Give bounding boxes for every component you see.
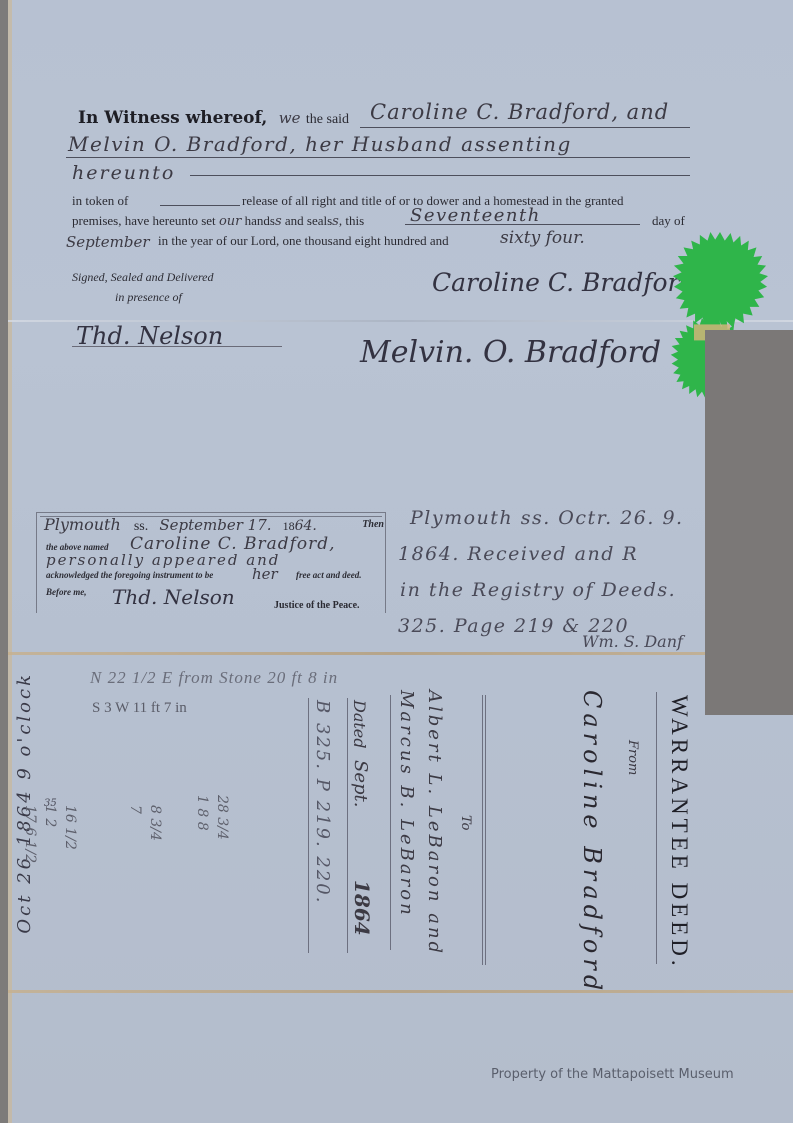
calc-value: 16 1/2 (60, 805, 80, 863)
pencil-calc-c: 28 3/4 1 8 8 (192, 795, 232, 840)
docket-title: WARRANTEE DEED. (666, 695, 692, 970)
docket-rule (482, 695, 483, 965)
docket-from-label: From (625, 740, 640, 775)
witness-the-said: the said (306, 112, 349, 127)
day-hand: Seventeenth (410, 205, 541, 226)
year-prefix: in the year of our Lord, one thousand ei… (158, 233, 449, 249)
presence-label: in presence of (115, 290, 182, 305)
day-of: day of (652, 213, 685, 229)
ack-before-me: Before me, (46, 587, 87, 597)
calc-value: 1 8 8 (192, 795, 212, 840)
ack-year: 64. (295, 518, 317, 534)
registry-line-1: Plymouth ss. Octr. 26. 9. (410, 500, 684, 536)
docket-to-label: To (458, 815, 473, 831)
ack-county: Plymouth (44, 515, 121, 534)
docket-to-line-1: Albert L. LeBaron and (424, 690, 445, 956)
ack-acknowledged: acknowledged the foregoing instrument to… (46, 570, 213, 580)
token-prefix: in token of (72, 193, 128, 209)
docket-rule (347, 698, 348, 953)
signature-line (72, 346, 282, 347)
fill-line (405, 224, 640, 225)
fill-line (160, 205, 240, 206)
fill-line (360, 127, 690, 128)
premises-hands-s: s (275, 214, 282, 229)
grantor-line-2: Melvin O. Bradford, her Husband assentin… (68, 132, 572, 156)
pencil-calc-a: 16 1/2 1 2 17 6 1/2 (20, 805, 80, 863)
fill-line (66, 157, 690, 158)
ack-ss: ss. (134, 519, 148, 534)
fill-line (190, 175, 690, 176)
premises-our: our (219, 214, 241, 229)
witness-pronoun: we (279, 109, 301, 127)
pencil-calc-b: 8 3/4 7 (125, 805, 165, 841)
ack-then: Then (362, 519, 384, 530)
registry-line-3: in the Registry of Deeds. (400, 572, 684, 608)
docket-rule (485, 695, 486, 965)
premises-seals-s: s (332, 214, 339, 229)
ack-year-prefix: 18 (283, 519, 295, 533)
grantor-signature-2: Melvin. O. Bradford (360, 335, 661, 370)
green-seal-icon (672, 232, 768, 328)
fold-line (8, 652, 793, 655)
premises-prefix: premises, have hereunto set (72, 213, 216, 228)
calc-value: 8 3/4 (145, 805, 165, 841)
calc-value: 28 3/4 (212, 795, 232, 840)
signed-label: Signed, Sealed and Delivered (72, 270, 214, 285)
ack-date: September 17. (159, 516, 271, 534)
pencil-note-2: S 3 W 11 ft 7 in (92, 700, 187, 717)
calc-value: 17 6 1/2 (20, 805, 40, 863)
pencil-note-1: N 22 1/2 E from Stone 20 ft 8 in (90, 668, 338, 688)
margin-note: Oct 26 1864 9 o'clock (14, 672, 35, 934)
registry-line-2: 1864. Received and R (398, 536, 684, 572)
registry-signer: Wm. S. Danf (582, 632, 683, 651)
fold-line (8, 990, 793, 993)
grantor-line-3: hereunto (72, 162, 175, 184)
margin-note-text: Oct 26 1864 9 o'clock (14, 672, 35, 934)
grantor-line-1: Caroline C. Bradford, and (370, 100, 669, 124)
ack-appeared: personally appeared and (46, 551, 280, 569)
witness-lead: In Witness whereof, (78, 108, 267, 128)
premises-hands: hands (245, 213, 275, 228)
year-hand: sixty four. (500, 228, 585, 248)
docket-book-ref: B 325. P 219. 220. (312, 700, 333, 904)
ack-free-act: free act and deed. (296, 570, 361, 580)
docket-dated-year: 1864 (350, 880, 374, 936)
mounting-tab (705, 330, 793, 715)
justice-signature: Thd. Nelson (112, 585, 235, 609)
calc-value: 7 (125, 805, 145, 841)
acknowledgment: Plymouth ss. September 17. 1864. Then (44, 515, 384, 535)
docket-from-name: Caroline Bradford (578, 690, 606, 995)
premises-this: , this (339, 213, 364, 228)
docket-rule (656, 692, 657, 964)
docket-rule (390, 695, 391, 950)
witness-clause: In Witness whereof, we the said (78, 108, 349, 128)
registry-note: Plymouth ss. Octr. 26. 9. 1864. Received… (410, 500, 684, 644)
month-hand: September (66, 233, 150, 251)
docket-dated-month: Sept. (350, 760, 371, 807)
docket-rule (308, 698, 309, 953)
watermark: Property of the Mattapoisett Museum (491, 1067, 734, 1082)
docket-dated-label: Dated (350, 700, 369, 749)
premises-seals: and seals (285, 213, 332, 228)
justice-title: Justice of the Peace. (274, 600, 360, 611)
premises-clause: premises, have hereunto set our handss a… (72, 213, 364, 229)
grantor-signature-1: Caroline C. Bradford (432, 268, 696, 297)
paper-edge (8, 0, 12, 1123)
ack-pronoun: her (252, 565, 278, 583)
docket-to-line-2: Marcus B. LeBaron (396, 690, 417, 918)
calc-value: 1 2 (40, 805, 60, 863)
